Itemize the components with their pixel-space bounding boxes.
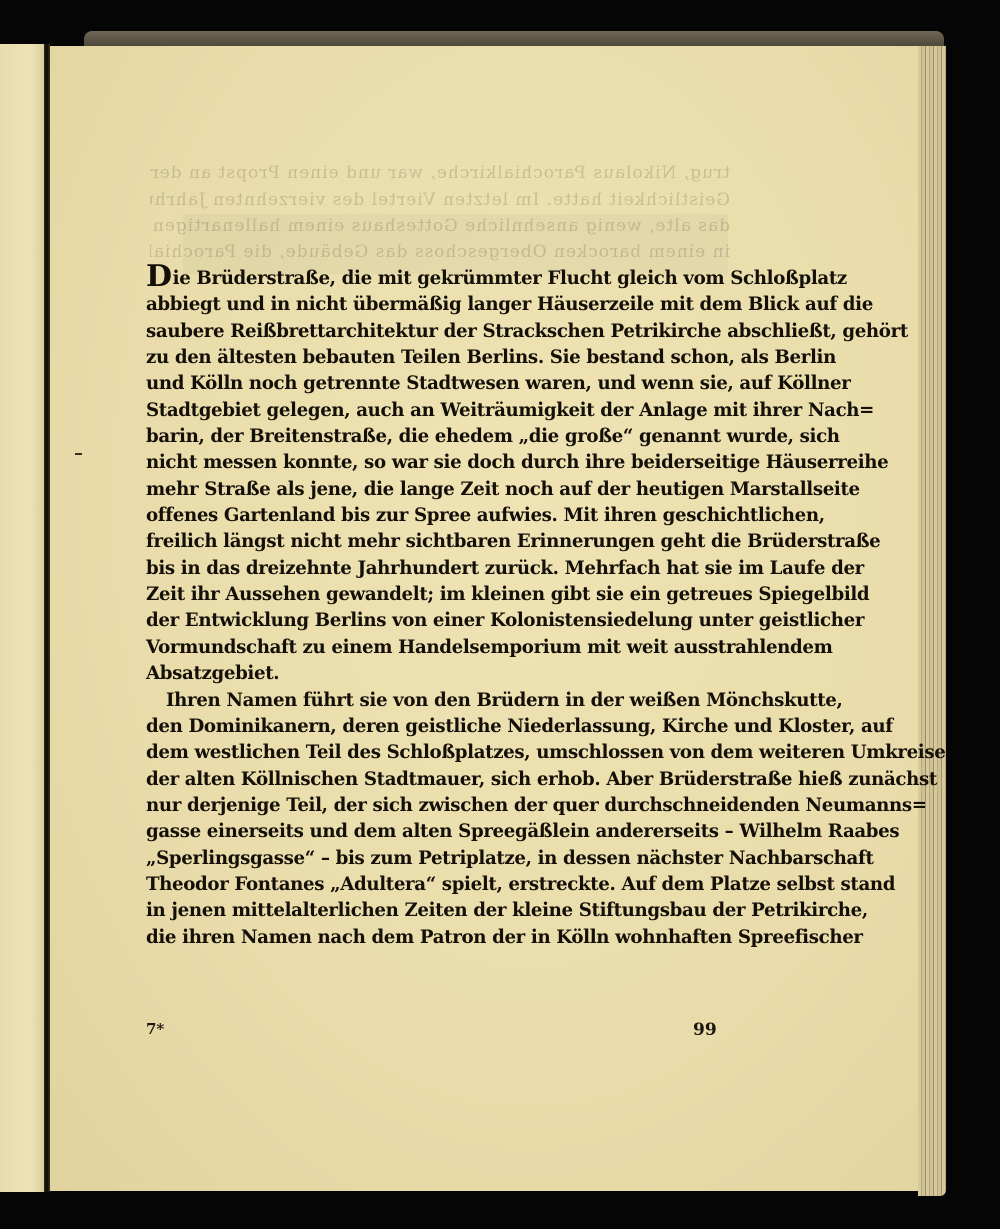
text-line: abbiegt und in nicht übermäßig langer Hä… <box>146 292 721 318</box>
bleed-through-line: in einem barocken Obergeschoss das Gebäu… <box>150 242 730 262</box>
signature-mark: 7* <box>146 1020 164 1038</box>
text-line: nicht messen konnte, so war sie doch dur… <box>146 450 721 476</box>
text-line: Stadtgebiet gelegen, auch an Weiträumigk… <box>146 398 721 424</box>
paragraph-2: Ihren Namen führt sie von den Brüdern in… <box>146 688 721 951</box>
text-line: dem westlichen Teil des Schloßplatzes, u… <box>146 740 721 766</box>
text-line: offenes Gartenland bis zur Spree aufwies… <box>146 503 721 529</box>
text-line: freilich längst nicht mehr sichtbaren Er… <box>146 529 721 555</box>
bleed-through-line: Geistlichkeit hatte. Im letzten Viertel … <box>150 190 730 210</box>
drop-cap: D <box>146 259 172 294</box>
bleed-through-line: das alte, wenig ansehnliche Gotteshaus e… <box>150 216 730 236</box>
text-line: Vormundschaft zu einem Handelsemporium m… <box>146 635 721 661</box>
text-line: nur derjenige Teil, der sich zwischen de… <box>146 793 721 819</box>
page-number: 99 <box>693 1020 717 1040</box>
text-line: der Entwicklung Berlins von einer Koloni… <box>146 608 721 634</box>
text-line: Die Brüderstraße, die mit gekrümmter Flu… <box>146 266 721 292</box>
paragraph-1: Die Brüderstraße, die mit gekrümmter Flu… <box>146 266 721 688</box>
margin-mark <box>75 453 82 455</box>
text-line: Zeit ihr Aussehen gewandelt; im kleinen … <box>146 582 721 608</box>
text-line: Absatzgebiet. <box>146 661 721 687</box>
text-line: bis in das dreizehnte Jahrhundert zurück… <box>146 556 721 582</box>
text-line: zu den ältesten bebauten Teilen Berlins.… <box>146 345 721 371</box>
text-line: in jenen mittelalterlichen Zeiten der kl… <box>146 898 721 924</box>
text-line: den Dominikanern, deren geistliche Niede… <box>146 714 721 740</box>
text-line: und Kölln noch getrennte Stadtwesen ware… <box>146 371 721 397</box>
body-text: Die Brüderstraße, die mit gekrümmter Flu… <box>146 266 721 951</box>
text-line: der alten Köllnischen Stadtmauer, sich e… <box>146 767 721 793</box>
text-line: „Sperlingsgasse“ – bis zum Petriplatze, … <box>146 846 721 872</box>
text-line: gasse einerseits und dem alten Spreegäßl… <box>146 819 721 845</box>
text-line: die ihren Namen nach dem Patron der in K… <box>146 925 721 951</box>
text-line: Ihren Namen führt sie von den Brüdern in… <box>146 688 721 714</box>
text-line: barin, der Breitenstraße, die ehedem „di… <box>146 424 721 450</box>
text-line: mehr Straße als jene, die lange Zeit noc… <box>146 477 721 503</box>
text-line: saubere Reißbrettarchitektur der Stracks… <box>146 319 721 345</box>
left-page-sliver <box>0 44 44 1192</box>
page-stack-edges <box>918 46 946 1196</box>
bleed-through-line: trug, Nikolaus Parochialkirche, war und … <box>150 163 730 183</box>
text-line: Theodor Fontanes „Adultera“ spielt, erst… <box>146 872 721 898</box>
book-cover-top-strip <box>84 31 944 47</box>
